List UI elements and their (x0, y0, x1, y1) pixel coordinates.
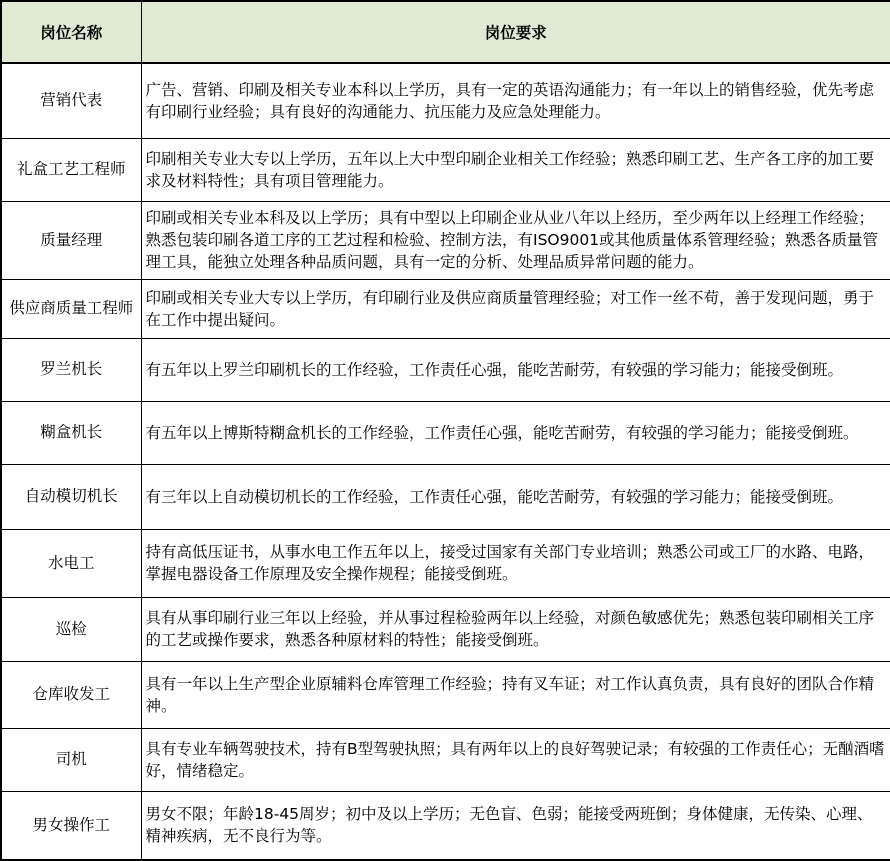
requirement-cell: 具有从事印刷行业三年以上经验，并从事过程检验两年以上经验，对颜色敏感优先；熟悉包… (141, 597, 890, 661)
table-row: 罗兰机长 有五年以上罗兰印刷机长的工作经验，工作责任心强，能吃苦耐劳，有较强的学… (1, 338, 890, 401)
requirement-cell: 有五年以上博斯特糊盒机长的工作经验，工作责任心强，能吃苦耐劳，有较强的学习能力；… (141, 401, 890, 464)
position-cell: 礼盒工艺工程师 (1, 138, 141, 201)
job-requirements-table: 岗位名称 岗位要求 营销代表 广告、营销、印刷及相关专业本科以上学历，具有一定的… (0, 0, 890, 861)
requirement-cell: 持有高低压证书，从事水电工作五年以上，接受过国家有关部门专业培训；熟悉公司或工厂… (141, 529, 890, 597)
table-row: 男女操作工 男女不限；年龄18-45周岁；初中及以上学历；无色盲、色弱；能接受两… (1, 791, 890, 860)
requirement-cell: 具有专业车辆驾驶技术，持有B型驾驶执照；具有两年以上的良好驾驶记录；有较强的工作… (141, 728, 890, 791)
table-row: 水电工 持有高低压证书，从事水电工作五年以上，接受过国家有关部门专业培训；熟悉公… (1, 529, 890, 597)
position-cell: 糊盒机长 (1, 401, 141, 464)
position-cell: 自动模切机长 (1, 464, 141, 529)
table-row: 糊盒机长 有五年以上博斯特糊盒机长的工作经验，工作责任心强，能吃苦耐劳，有较强的… (1, 401, 890, 464)
requirement-cell: 印刷或相关专业本科及以上学历；具有中型以上印刷企业从业八年以上经历，至少两年以上… (141, 201, 890, 279)
position-cell: 司机 (1, 728, 141, 791)
table-row: 仓库收发工 具有一年以上生产型企业原辅料仓库管理工作经验；持有叉车证；对工作认真… (1, 661, 890, 728)
table-row: 质量经理 印刷或相关专业本科及以上学历；具有中型以上印刷企业从业八年以上经历，至… (1, 201, 890, 279)
table-row: 供应商质量工程师 印刷或相关专业大专以上学历，有印刷行业及供应商质量管理经验；对… (1, 279, 890, 338)
header-cell-position: 岗位名称 (1, 1, 141, 63)
position-cell: 营销代表 (1, 63, 141, 138)
position-cell: 巡检 (1, 597, 141, 661)
header-row: 岗位名称 岗位要求 (1, 1, 890, 63)
job-requirements-sheet: 岗位名称 岗位要求 营销代表 广告、营销、印刷及相关专业本科以上学历，具有一定的… (0, 0, 890, 859)
position-cell: 水电工 (1, 529, 141, 597)
table-row: 营销代表 广告、营销、印刷及相关专业本科以上学历，具有一定的英语沟通能力；有一年… (1, 63, 890, 138)
table-row: 礼盒工艺工程师 印刷相关专业大专以上学历，五年以上大中型印刷企业相关工作经验；熟… (1, 138, 890, 201)
table-row: 巡检 具有从事印刷行业三年以上经验，并从事过程检验两年以上经验，对颜色敏感优先；… (1, 597, 890, 661)
position-cell: 供应商质量工程师 (1, 279, 141, 338)
position-cell: 仓库收发工 (1, 661, 141, 728)
table-row: 自动模切机长 有三年以上自动模切机长的工作经验，工作责任心强，能吃苦耐劳，有较强… (1, 464, 890, 529)
requirement-cell: 广告、营销、印刷及相关专业本科以上学历，具有一定的英语沟通能力；有一年以上的销售… (141, 63, 890, 138)
requirement-cell: 具有一年以上生产型企业原辅料仓库管理工作经验；持有叉车证；对工作认真负责，具有良… (141, 661, 890, 728)
position-cell: 罗兰机长 (1, 338, 141, 401)
position-cell: 质量经理 (1, 201, 141, 279)
header-cell-requirement: 岗位要求 (141, 1, 890, 63)
requirement-cell: 有五年以上罗兰印刷机长的工作经验，工作责任心强，能吃苦耐劳，有较强的学习能力；能… (141, 338, 890, 401)
requirement-cell: 有三年以上自动模切机长的工作经验，工作责任心强，能吃苦耐劳，有较强的学习能力；能… (141, 464, 890, 529)
requirement-cell: 印刷或相关专业大专以上学历，有印刷行业及供应商质量管理经验；对工作一丝不苟，善于… (141, 279, 890, 338)
requirement-cell: 印刷相关专业大专以上学历，五年以上大中型印刷企业相关工作经验；熟悉印刷工艺、生产… (141, 138, 890, 201)
requirement-cell: 男女不限；年龄18-45周岁；初中及以上学历；无色盲、色弱；能接受两班倒；身体健… (141, 791, 890, 860)
table-row: 司机 具有专业车辆驾驶技术，持有B型驾驶执照；具有两年以上的良好驾驶记录；有较强… (1, 728, 890, 791)
position-cell: 男女操作工 (1, 791, 141, 860)
